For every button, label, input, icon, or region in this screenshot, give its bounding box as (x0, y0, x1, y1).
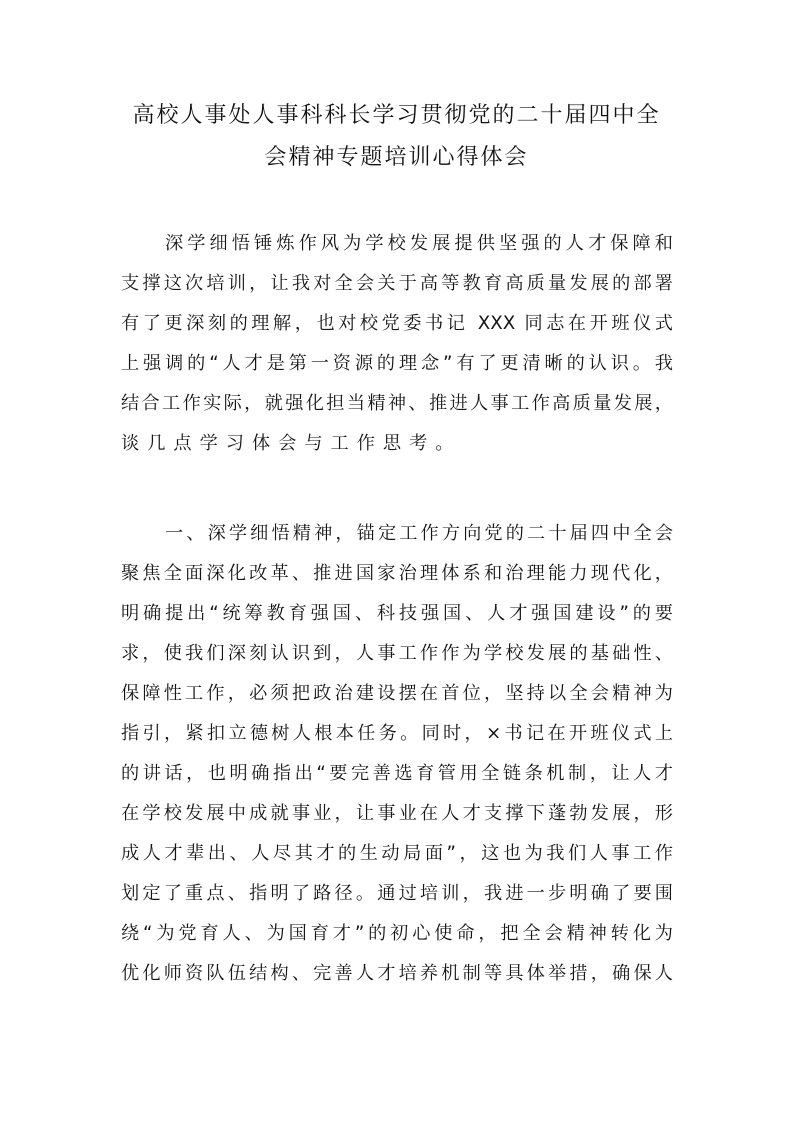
paragraph-intro: 深学细悟锤炼作风为学校发展提供坚强的人才保障和 支撑这次培训，让我对全会关于高等… (121, 224, 673, 464)
paragraph-line: 的讲话，也明确指出“要完善选育管用全链条机制，让人才 (121, 754, 673, 794)
paragraph-line: 聚焦全面深化改革、推进国家治理体系和治理能力现代化， (121, 554, 673, 594)
paragraph-line: 在学校发展中成就事业，让事业在人才支撑下蓬勃发展，形 (121, 794, 673, 834)
paragraph-line: 有了更深刻的理解，也对校党委书记 XXX 同志在开班仪式 (121, 304, 673, 344)
paragraph-line: 成人才辈出、人尽其才的生动局面”，这也为我们人事工作 (121, 834, 673, 874)
document-title: 高校人事处人事科科长学习贯彻党的二十届四中全 会精神专题培训心得体会 (100, 95, 693, 179)
paragraph-section-1: 一、深学细悟精神，锚定工作方向党的二十届四中全会 聚焦全面深化改革、推进国家治理… (121, 514, 673, 994)
paragraph-line: 一、深学细悟精神，锚定工作方向党的二十届四中全会 (121, 514, 673, 554)
paragraph-line: 指引，紧扣立德树人根本任务。同时，×书记在开班仪式上 (121, 714, 673, 754)
paragraph-line: 结合工作实际，就强化担当精神、推进人事工作高质量发展， (121, 384, 673, 424)
title-line-2: 会精神专题培训心得体会 (100, 137, 693, 179)
title-line-1: 高校人事处人事科科长学习贯彻党的二十届四中全 (100, 95, 693, 137)
paragraph-line: 优化师资队伍结构、完善人才培养机制等具体举措，确保人 (121, 954, 673, 994)
paragraph-line: 绕“为党育人、为国育才”的初心使命，把全会精神转化为 (121, 914, 673, 954)
paragraph-line: 谈几点学习体会与工作思考。 (121, 424, 673, 464)
paragraph-line: 保障性工作，必须把政治建设摆在首位，坚持以全会精神为 (121, 674, 673, 714)
document-page: 高校人事处人事科科长学习贯彻党的二十届四中全 会精神专题培训心得体会 深学细悟锤… (0, 0, 793, 1122)
paragraph-line: 求，使我们深刻认识到，人事工作作为学校发展的基础性、 (121, 634, 673, 674)
paragraph-line: 支撑这次培训，让我对全会关于高等教育高质量发展的部署 (121, 264, 673, 304)
paragraph-line: 划定了重点、指明了路径。通过培训，我进一步明确了要围 (121, 874, 673, 914)
paragraph-line: 明确提出“统筹教育强国、科技强国、人才强国建设”的要 (121, 594, 673, 634)
paragraph-line: 上强调的“人才是第一资源的理念”有了更清晰的认识。我 (121, 344, 673, 384)
paragraph-line: 深学细悟锤炼作风为学校发展提供坚强的人才保障和 (121, 224, 673, 264)
